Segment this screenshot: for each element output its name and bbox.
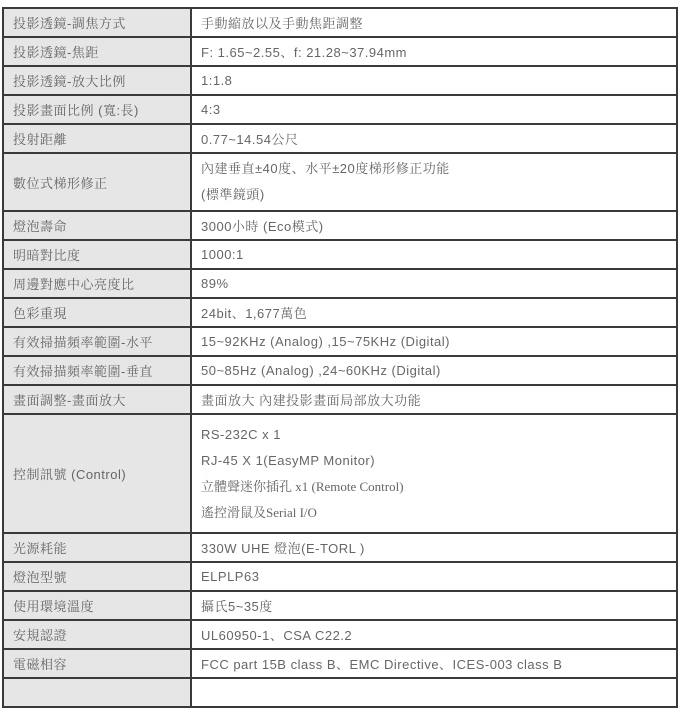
spec-label-cell: 投影畫面比例 (寬:長) — [3, 95, 191, 124]
spec-label-cell: 投影透鏡-焦距 — [3, 37, 191, 66]
value-line: RJ-45 X 1(EasyMP Monitor) — [201, 448, 670, 474]
table-row: 周邊對應中心亮度比 89% — [3, 269, 677, 298]
spec-value-cell: UL60950-1、CSA C22.2 — [191, 620, 677, 649]
spec-value-cell: 手動縮放以及手動焦距調整 — [191, 8, 677, 37]
spec-value-cell: 4:3 — [191, 95, 677, 124]
table-row: 投影透鏡-焦距 F: 1.65~2.55、f: 21.28~37.94mm — [3, 37, 677, 66]
spec-label-cell: 電磁相容 — [3, 649, 191, 678]
spec-label-cell: 數位式梯形修正 — [3, 153, 191, 211]
table-row: 投影透鏡-調焦方式 手動縮放以及手動焦距調整 — [3, 8, 677, 37]
table-row: 安規認證 UL60950-1、CSA C22.2 — [3, 620, 677, 649]
spec-table-container: 投影透鏡-調焦方式 手動縮放以及手動焦距調整 投影透鏡-焦距 F: 1.65~2… — [2, 7, 678, 682]
spec-value-cell: 攝氏5~35度 — [191, 591, 677, 620]
spec-label-cell: 有效掃描頻率範圍-垂直 — [3, 356, 191, 385]
spec-label-cell: 燈泡壽命 — [3, 211, 191, 240]
table-row: 投影透鏡-放大比例 1:1.8 — [3, 66, 677, 95]
spec-label-cell: 燈泡型號 — [3, 562, 191, 591]
spec-label-cell: 有效掃描頻率範圍-水平 — [3, 327, 191, 356]
spec-table: 投影透鏡-調焦方式 手動縮放以及手動焦距調整 投影透鏡-焦距 F: 1.65~2… — [2, 7, 678, 682]
spec-label-cell: 周邊對應中心亮度比 — [3, 269, 191, 298]
spec-value-cell: 0.77~14.54公尺 — [191, 124, 677, 153]
spec-value-cell: 50~85Hz (Analog) ,24~60KHz (Digital) — [191, 356, 677, 385]
spec-label-cell — [3, 678, 191, 682]
table-row: 有效掃描頻率範圍-水平 15~92KHz (Analog) ,15~75KHz … — [3, 327, 677, 356]
table-row: 投射距離 0.77~14.54公尺 — [3, 124, 677, 153]
table-row: 數位式梯形修正 內建垂直±40度、水平±20度梯形修正功能 (標準鏡頭) — [3, 153, 677, 211]
spec-value-cell: FCC part 15B class B、EMC Directive、ICES-… — [191, 649, 677, 678]
table-row: 燈泡型號 ELPLP63 — [3, 562, 677, 591]
table-row: 有效掃描頻率範圍-垂直 50~85Hz (Analog) ,24~60KHz (… — [3, 356, 677, 385]
spec-label-cell: 色彩重現 — [3, 298, 191, 327]
table-row: 光源耗能 330W UHE 燈泡(E-TORL ) — [3, 533, 677, 562]
spec-label-cell: 投影透鏡-調焦方式 — [3, 8, 191, 37]
value-line: RS-232C x 1 — [201, 422, 670, 448]
table-row: 投影畫面比例 (寬:長) 4:3 — [3, 95, 677, 124]
spec-value-cell: 1000:1 — [191, 240, 677, 269]
spec-value-cell: 1:1.8 — [191, 66, 677, 95]
value-line: 立體聲迷你插孔 x1 (Remote Control) — [201, 474, 670, 500]
spec-label-cell: 投影透鏡-放大比例 — [3, 66, 191, 95]
spec-value-cell: 15~92KHz (Analog) ,15~75KHz (Digital) — [191, 327, 677, 356]
spec-value-cell — [191, 678, 677, 682]
table-row: 使用環境溫度 攝氏5~35度 — [3, 591, 677, 620]
spec-value-cell: RS-232C x 1 RJ-45 X 1(EasyMP Monitor) 立體… — [191, 414, 677, 533]
table-row: 控制訊號 (Control) RS-232C x 1 RJ-45 X 1(Eas… — [3, 414, 677, 533]
table-row: 電磁相容 FCC part 15B class B、EMC Directive、… — [3, 649, 677, 678]
spec-value-cell: 330W UHE 燈泡(E-TORL ) — [191, 533, 677, 562]
spec-label-cell: 畫面調整-畫面放大 — [3, 385, 191, 414]
spec-value-cell: 內建垂直±40度、水平±20度梯形修正功能 (標準鏡頭) — [191, 153, 677, 211]
value-line: 遙控滑鼠及Serial I/O — [201, 500, 670, 526]
spec-value-cell: 24bit、1,677萬色 — [191, 298, 677, 327]
spec-label-cell: 投射距離 — [3, 124, 191, 153]
table-row: 明暗對比度 1000:1 — [3, 240, 677, 269]
table-row: 色彩重現 24bit、1,677萬色 — [3, 298, 677, 327]
value-line: 內建垂直±40度、水平±20度梯形修正功能 — [201, 156, 670, 182]
spec-value-cell: 畫面放大 內建投影畫面局部放大功能 — [191, 385, 677, 414]
spec-value-cell: F: 1.65~2.55、f: 21.28~37.94mm — [191, 37, 677, 66]
table-row: 燈泡壽命 3000小時 (Eco模式) — [3, 211, 677, 240]
value-line: (標準鏡頭) — [201, 182, 670, 208]
spec-label-cell: 使用環境溫度 — [3, 591, 191, 620]
spec-label-cell: 光源耗能 — [3, 533, 191, 562]
spec-label-cell: 控制訊號 (Control) — [3, 414, 191, 533]
spec-label-cell: 明暗對比度 — [3, 240, 191, 269]
spec-label-cell: 安規認證 — [3, 620, 191, 649]
spec-value-cell: ELPLP63 — [191, 562, 677, 591]
spec-value-cell: 3000小時 (Eco模式) — [191, 211, 677, 240]
spec-value-cell: 89% — [191, 269, 677, 298]
table-row-partial — [3, 678, 677, 682]
table-row: 畫面調整-畫面放大 畫面放大 內建投影畫面局部放大功能 — [3, 385, 677, 414]
